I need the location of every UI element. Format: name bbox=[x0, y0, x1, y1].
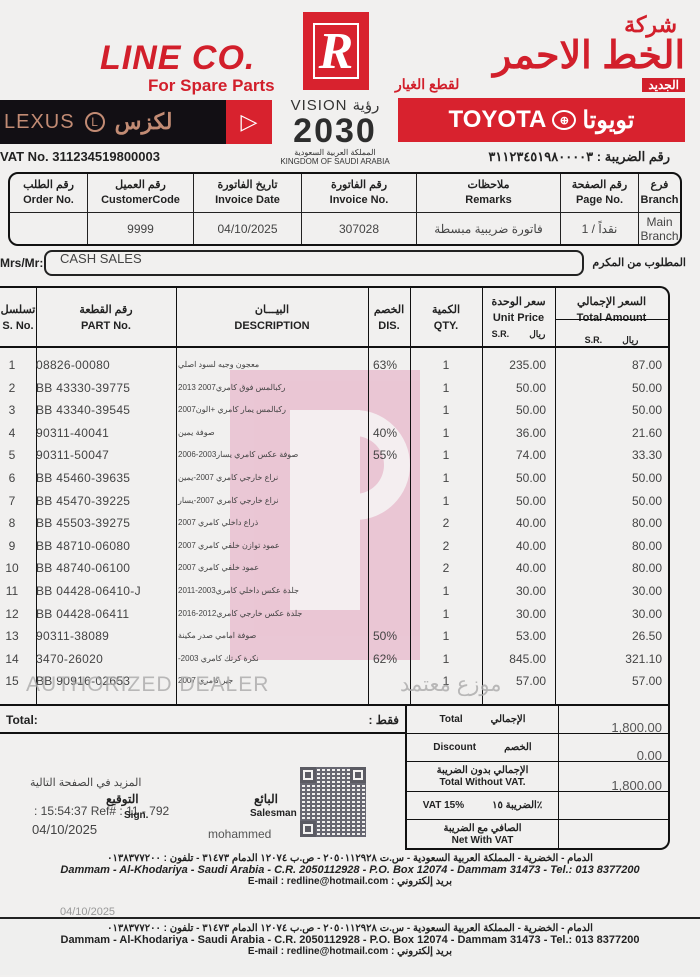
lexus-emblem-icon: L bbox=[85, 112, 105, 132]
cell-part: BB 45470-39225 bbox=[36, 494, 130, 508]
table-row: 12BB 04428-06411جلدة عكس خارجي كامري2012… bbox=[0, 603, 668, 625]
table-row: 11BB 04428-06410-Jجلدة عكس داخلي كامري20… bbox=[0, 580, 668, 602]
cell-unit: 30.00 bbox=[478, 607, 546, 621]
footer-email: E-mail : redline@hotmail.com : بريد إلكت… bbox=[0, 946, 700, 957]
cell-total: 87.00 bbox=[580, 358, 662, 372]
toyota-banner: TOYOTA ⊕ تويوتا bbox=[398, 98, 685, 142]
vision-sub-en: KINGDOM OF SAUDI ARABIA bbox=[275, 157, 395, 166]
cell-qty: 2 bbox=[440, 561, 452, 575]
info-header: رقم الفاتورةInvoice No. bbox=[302, 174, 417, 213]
info-header: ملاحظاتRemarks bbox=[417, 174, 561, 213]
cell-sno: 5 bbox=[4, 448, 20, 462]
cell-sno: 12 bbox=[4, 607, 20, 621]
cell-unit: 50.00 bbox=[478, 403, 546, 417]
cell-unit: 50.00 bbox=[478, 381, 546, 395]
cell-sno: 3 bbox=[4, 403, 20, 417]
table-row: 143470-26020نكرة كرتك كامري 2003-62%1845… bbox=[0, 648, 668, 670]
amount-in-words-row: Total: فقط : bbox=[0, 708, 405, 734]
cell-desc: عمود خلفي كامري 2007 bbox=[178, 563, 259, 572]
cell-part: BB 04428-06410-J bbox=[36, 584, 141, 598]
info-header: رقم الصفحةPage No. bbox=[561, 174, 639, 213]
cell-qty: 1 bbox=[440, 448, 452, 462]
cell-qty: 1 bbox=[440, 471, 452, 485]
cell-sno: 14 bbox=[4, 652, 20, 666]
cell-unit: 30.00 bbox=[478, 584, 546, 598]
cell-total: 33.30 bbox=[580, 448, 662, 462]
qr-code-icon bbox=[300, 767, 366, 837]
cell-qty: 2 bbox=[440, 516, 452, 530]
amount-words-label-ar: فقط : bbox=[368, 713, 399, 727]
cell-part: BB 04428-06411 bbox=[36, 607, 129, 621]
cell-part: BB 43340-39545 bbox=[36, 403, 130, 417]
info-value: فاتورة ضريبية مبسطة bbox=[417, 213, 561, 244]
table-row: 7BB 45470-39225نراع خارجي كامري 2007-يسا… bbox=[0, 490, 668, 512]
cell-desc: نكرة كرتك كامري 2003- bbox=[178, 654, 259, 663]
cell-part: BB 45460-39635 bbox=[36, 471, 130, 485]
brand-title: LINE CO. bbox=[100, 40, 255, 76]
lexus-banner: LEXUS L لكزس ▷ bbox=[0, 100, 272, 144]
company-name-ar: شركة الخط الاحمر الجديد لقطع الغيار bbox=[395, 14, 685, 93]
cell-qty: 1 bbox=[440, 652, 452, 666]
footer-address-copy: الدمام - الخضرية - المملكة العربية السعو… bbox=[0, 917, 700, 975]
info-header: رقم العميلCustomerCode bbox=[88, 174, 194, 213]
totals-label: Totalالإجمالي bbox=[407, 706, 559, 733]
cell-desc: ذراع داخلي كامري 2007 bbox=[178, 518, 258, 527]
customer-label-en: Mrs/Mr: bbox=[0, 256, 43, 270]
brand-ar-line1: شركة bbox=[395, 14, 685, 36]
toyota-text: TOYOTA bbox=[449, 106, 547, 134]
cell-unit: 74.00 bbox=[478, 448, 546, 462]
vision-year: 2030 bbox=[275, 114, 395, 148]
daihatsu-emblem-icon: ▷ bbox=[226, 100, 272, 144]
cell-total: 26.50 bbox=[580, 629, 662, 643]
cell-desc: ركبالمس يمار كامري +الون2007 bbox=[178, 405, 286, 414]
cell-dis: 50% bbox=[373, 629, 397, 643]
authorized-dealer-stamp-ar: موزع معتمد bbox=[400, 672, 501, 697]
lexus-text: LEXUS bbox=[4, 111, 75, 134]
info-value bbox=[10, 213, 88, 244]
customer-label-ar: المطلوب من المكرم bbox=[592, 256, 686, 269]
totals-value: 1,800.00 bbox=[611, 778, 662, 793]
cell-sno: 4 bbox=[4, 426, 20, 440]
totals-label: VAT 15%الضريبة ١٥٪ bbox=[407, 792, 559, 819]
table-row: 490311-40041صوفة يمين40%136.0021.60 bbox=[0, 422, 668, 444]
table-row: 6BB 45460-39635نراع خارجي كامري 2007-يمي… bbox=[0, 467, 668, 489]
brand-ar-spare: لقطع الغيار bbox=[395, 76, 459, 93]
cell-unit: 845.00 bbox=[478, 652, 546, 666]
logo-letter: R bbox=[313, 23, 359, 79]
cell-sno: 8 bbox=[4, 516, 20, 530]
cell-total: 30.00 bbox=[580, 584, 662, 598]
cell-qty: 1 bbox=[440, 584, 452, 598]
cell-dis: 62% bbox=[373, 652, 397, 666]
cell-total: 21.60 bbox=[580, 426, 662, 440]
header-sno: تسلسلS. No. bbox=[0, 288, 36, 348]
cell-unit: 40.00 bbox=[478, 539, 546, 553]
totals-value: 1,800.00 bbox=[611, 720, 662, 735]
red-line-logo: R bbox=[303, 12, 369, 90]
total-subheader-divider bbox=[555, 319, 668, 320]
info-header: فرعBranch bbox=[639, 174, 680, 213]
table-row: 3BB 43340-39545ركبالمس يمار كامري +الون2… bbox=[0, 399, 668, 421]
cell-unit: 50.00 bbox=[478, 471, 546, 485]
totals-value: 0.00 bbox=[637, 748, 662, 763]
cell-part: BB 45503-39275 bbox=[36, 516, 130, 530]
info-value: 04/10/2025 bbox=[194, 213, 302, 244]
table-row: 1390311-38089صوفة امامي صدر مكينة50%153.… bbox=[0, 625, 668, 647]
cell-unit: 50.00 bbox=[478, 494, 546, 508]
cell-sno: 6 bbox=[4, 471, 20, 485]
faded-date: 04/10/2025 bbox=[60, 906, 115, 918]
cell-part: 90311-38089 bbox=[36, 629, 109, 643]
cell-desc: ركبالمس فوق كامري2007 2013 bbox=[178, 383, 285, 392]
cell-qty: 1 bbox=[440, 403, 452, 417]
cell-total: 321.10 bbox=[580, 652, 662, 666]
info-value: Main Branch bbox=[639, 213, 680, 244]
cell-desc: جلدة عكس داخلي كامري2003-2011 bbox=[178, 586, 299, 595]
totals-row: VAT 15%الضريبة ١٥٪ bbox=[407, 792, 668, 820]
cell-total: 30.00 bbox=[580, 607, 662, 621]
cell-desc: نراع خارجي كامري 2007-يسار bbox=[178, 496, 279, 505]
cell-qty: 1 bbox=[440, 381, 452, 395]
cell-desc: نراع خارجي كامري 2007-يمين bbox=[178, 473, 278, 482]
cell-qty: 2 bbox=[440, 539, 452, 553]
cell-part: 90311-40041 bbox=[36, 426, 109, 440]
customer-value: CASH SALES bbox=[60, 251, 142, 266]
cell-desc: صوفة يمين bbox=[178, 428, 215, 437]
info-header: رقم الطلبOrder No. bbox=[10, 174, 88, 213]
items-table-header: تسلسلS. No. رقم القطعةPART No. البيـــان… bbox=[0, 288, 668, 348]
footer-address-en: Dammam - Al-Khodariya - Saudi Arabia - C… bbox=[0, 864, 700, 876]
totals-label: الصافي مع الضريبةNet With VAT bbox=[407, 820, 559, 850]
time-reference: : 15:54:37 Ref# : 11 - 792 bbox=[34, 804, 169, 818]
footer-address-ar: الدمام - الخضرية - المملكة العربية السعو… bbox=[0, 923, 700, 934]
cell-part: BB 48740-06100 bbox=[36, 561, 130, 575]
cell-total: 50.00 bbox=[580, 471, 662, 485]
totals-row: الصافي مع الضريبةNet With VAT bbox=[407, 820, 668, 850]
cell-dis: 63% bbox=[373, 358, 397, 372]
cell-total: 57.00 bbox=[580, 674, 662, 688]
cell-desc: جلدة عكس خارجي كامري2012-2016 bbox=[178, 609, 302, 618]
footer-email: E-mail : redline@hotmail.com : بريد إلكت… bbox=[0, 876, 700, 887]
cell-total: 80.00 bbox=[580, 516, 662, 530]
cell-total: 50.00 bbox=[580, 381, 662, 395]
cell-qty: 1 bbox=[440, 607, 452, 621]
cell-total: 80.00 bbox=[580, 539, 662, 553]
signature-label-en: Sign. bbox=[124, 810, 148, 821]
cell-part: 90311-50047 bbox=[36, 448, 109, 462]
cell-qty: 1 bbox=[440, 629, 452, 643]
customer-row: Mrs/Mr: CASH SALES المطلوب من المكرم bbox=[0, 250, 690, 276]
totals-label: الإجمالي بدون الضريبةTotal Without VAT. bbox=[407, 762, 559, 791]
cell-unit: 36.00 bbox=[478, 426, 546, 440]
customer-field: CASH SALES bbox=[44, 250, 584, 276]
footer-address-en: Dammam - Al-Khodariya - Saudi Arabia - C… bbox=[0, 934, 700, 946]
invoice-info-table: رقم الطلبOrder No.رقم العميلCustomerCode… bbox=[8, 172, 682, 246]
cell-unit: 53.00 bbox=[478, 629, 546, 643]
cell-part: 3470-26020 bbox=[36, 652, 103, 666]
table-row: 590311-50047صوفة عكس كامري يسار2003-2006… bbox=[0, 444, 668, 466]
brand-ar-line3: الجديد لقطع الغيار bbox=[395, 76, 685, 93]
authorized-dealer-stamp: AUTHORIZED DEALER bbox=[26, 673, 269, 697]
footer-address-ar: الدمام - الخضرية - المملكة العربية السعو… bbox=[0, 853, 700, 864]
more-next-page-note: المزيد في الصفحة التالية bbox=[30, 776, 141, 789]
info-value: 307028 bbox=[302, 213, 417, 244]
brand-ar-tag: الجديد bbox=[642, 78, 685, 92]
cell-sno: 1 bbox=[4, 358, 20, 372]
signature-label-ar: التوقيع bbox=[106, 792, 139, 806]
cell-part: BB 48710-06080 bbox=[36, 539, 130, 553]
print-date: 04/10/2025 bbox=[32, 822, 97, 837]
info-value: 9999 bbox=[88, 213, 194, 244]
salesman-label-ar: البائع bbox=[254, 792, 278, 806]
cell-qty: 1 bbox=[440, 358, 452, 372]
salesman-name: mohammed bbox=[208, 827, 271, 841]
cell-desc: صوفة امامي صدر مكينة bbox=[178, 631, 256, 640]
info-header: تاريخ الفاتورةInvoice Date bbox=[194, 174, 302, 213]
lexus-text-ar: لكزس bbox=[115, 109, 173, 135]
totals-row: Discountالخصم0.00 bbox=[407, 734, 668, 762]
info-value: نقداً / 1 bbox=[561, 213, 639, 244]
table-row: 10BB 48740-06100عمود خلفي كامري 2007240.… bbox=[0, 557, 668, 579]
toyota-emblem-icon: ⊕ bbox=[552, 110, 576, 130]
cell-unit: 235.00 bbox=[478, 358, 546, 372]
amount-words-label-en: Total: bbox=[6, 713, 38, 727]
table-row: 9BB 48710-06080عمود توازن خلفي كامري 200… bbox=[0, 535, 668, 557]
cell-sno: 10 bbox=[4, 561, 20, 575]
totals-label: Discountالخصم bbox=[407, 734, 559, 761]
cell-dis: 55% bbox=[373, 448, 397, 462]
footer-address: الدمام - الخضرية - المملكة العربية السعو… bbox=[0, 853, 700, 903]
brand-ar-line2: الخط الاحمر bbox=[395, 36, 685, 76]
header-description: البيـــانDESCRIPTION bbox=[176, 288, 368, 348]
totals-row: الإجمالي بدون الضريبةTotal Without VAT.1… bbox=[407, 762, 668, 792]
brand-subtitle: For Spare Parts bbox=[148, 76, 275, 96]
cell-sno: 7 bbox=[4, 494, 20, 508]
cell-unit: 40.00 bbox=[478, 516, 546, 530]
company-name-en: LINE CO. For Spare Parts bbox=[100, 40, 255, 76]
vat-number-ar: رقم الضريبة : ٣١١٢٣٤٥١٩٨٠٠٠٠٣ bbox=[488, 149, 670, 165]
cell-total: 80.00 bbox=[580, 561, 662, 575]
cell-desc: معجون وجيه لسود اصلي bbox=[178, 360, 259, 369]
toyota-text-ar: تويوتا bbox=[582, 106, 634, 135]
items-table: تسلسلS. No. رقم القطعةPART No. البيـــان… bbox=[0, 286, 670, 706]
cell-sno: 15 bbox=[4, 674, 20, 688]
cell-total: 50.00 bbox=[580, 494, 662, 508]
vat-number-en: VAT No. 311234519800003 bbox=[0, 149, 160, 164]
header-discount: الخصمDIS. bbox=[368, 288, 410, 348]
header-unit-price: سعر الوحدةUnit PriceS.R.ريال bbox=[482, 288, 555, 348]
cell-sno: 2 bbox=[4, 381, 20, 395]
vision-2030-logo: VISION رؤية 2030 المملكة العربية السعودي… bbox=[275, 96, 395, 166]
cell-desc: صوفة عكس كامري يسار2003-2006 bbox=[178, 450, 298, 459]
cell-sno: 13 bbox=[4, 629, 20, 643]
cell-sno: 11 bbox=[4, 584, 20, 598]
cell-desc: عمود توازن خلفي كامري 2007 bbox=[178, 541, 280, 550]
header-part: رقم القطعةPART No. bbox=[36, 288, 176, 348]
cell-qty: 1 bbox=[440, 494, 452, 508]
table-row: 108826-00080معجون وجيه لسود اصلي63%1235.… bbox=[0, 354, 668, 376]
table-row: 2BB 43330-39775ركبالمس فوق كامري2007 201… bbox=[0, 377, 668, 399]
table-row: 8BB 45503-39275ذراع داخلي كامري 2007240.… bbox=[0, 512, 668, 534]
cell-qty: 1 bbox=[440, 426, 452, 440]
totals-box: Totalالإجمالي1,800.00Discountالخصم0.00ال… bbox=[405, 706, 670, 850]
totals-row: Totalالإجمالي1,800.00 bbox=[407, 706, 668, 734]
cell-part: 08826-00080 bbox=[36, 358, 110, 372]
cell-dis: 40% bbox=[373, 426, 397, 440]
header-total-amount: السعر الإجماليTotal AmountS.R.ريال bbox=[555, 288, 668, 348]
cell-sno: 9 bbox=[4, 539, 20, 553]
cell-part: BB 43330-39775 bbox=[36, 381, 130, 395]
header-quantity: الكميةQTY. bbox=[410, 288, 482, 348]
cell-unit: 40.00 bbox=[478, 561, 546, 575]
salesman-label-en: Salesman bbox=[250, 808, 297, 819]
cell-total: 50.00 bbox=[580, 403, 662, 417]
